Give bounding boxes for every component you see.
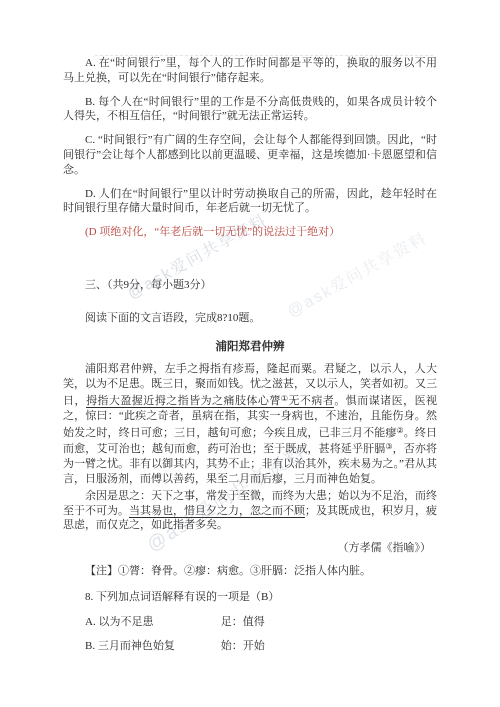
answer-note: (D 项绝对化，“年老后就一切无忧”的说法过于绝对）	[63, 225, 437, 240]
option-a: A. 在“时间银行”里，每个人的工作时间都是平等的，换取的服务以不用马上兑换，可…	[63, 56, 437, 86]
question8-option-a: A. 以为不足患 足：值得	[63, 615, 437, 630]
passage-attribution: （方孝儒《指喻》）	[63, 541, 437, 556]
question8-option-b: B. 三月而神色始复 始：开始	[63, 639, 437, 654]
option-c: C. “时间银行”有广阔的生存空间，会让每个人都能得到回馈。因此，“时间银行”会…	[63, 133, 437, 177]
question8-option-b-phrase: B. 三月而神色始复	[85, 639, 218, 654]
passage-intro: 阅读下面的文言语段，完成8?10题。	[63, 311, 437, 326]
passage-paragraph-1: 浦阳郑君仲辨，左手之拇指有疹焉，隆起而粟。君疑之，以示人，人大笑，以为不足患。既…	[63, 362, 437, 486]
question8-option-a-phrase: A. 以为不足患	[85, 615, 218, 630]
document-page: @ask爱问共享资料 @ask爱问共享资料 @ask爱问共享资料 A. 在“时间…	[0, 0, 500, 707]
document-content: A. 在“时间银行”里，每个人的工作时间都是平等的，换取的服务以不用马上兑换，可…	[63, 56, 437, 654]
passage-paragraph-2: 余因是思之：天下之事，常发于至微，而终为大患；始以为不足治，而终至于不可为。当其…	[63, 489, 437, 533]
passage-footnotes: 【注】①膂：脊骨。②瘳：病愈。③肝膈：泛指人体内脏。	[63, 564, 437, 579]
question8-option-a-gloss: 足：值得	[221, 616, 265, 628]
section-heading: 三、（共9分，每小题3分）	[63, 278, 437, 293]
option-b: B. 每个人在“时间银行”里的工作是不分高低贵贱的，如果各成员计较个人得失，不相…	[63, 95, 437, 125]
question8-stem: 8. 下列加点词语解释有误的一项是（B）	[63, 590, 437, 605]
passage-title: 浦阳郑君仲辨	[63, 340, 437, 355]
question8-option-b-gloss: 始：开始	[221, 640, 265, 652]
option-d: D. 人们在“时间银行”里以计时劳动换取自己的所需，因此，趁年轻时在时间银行里存…	[63, 187, 437, 217]
